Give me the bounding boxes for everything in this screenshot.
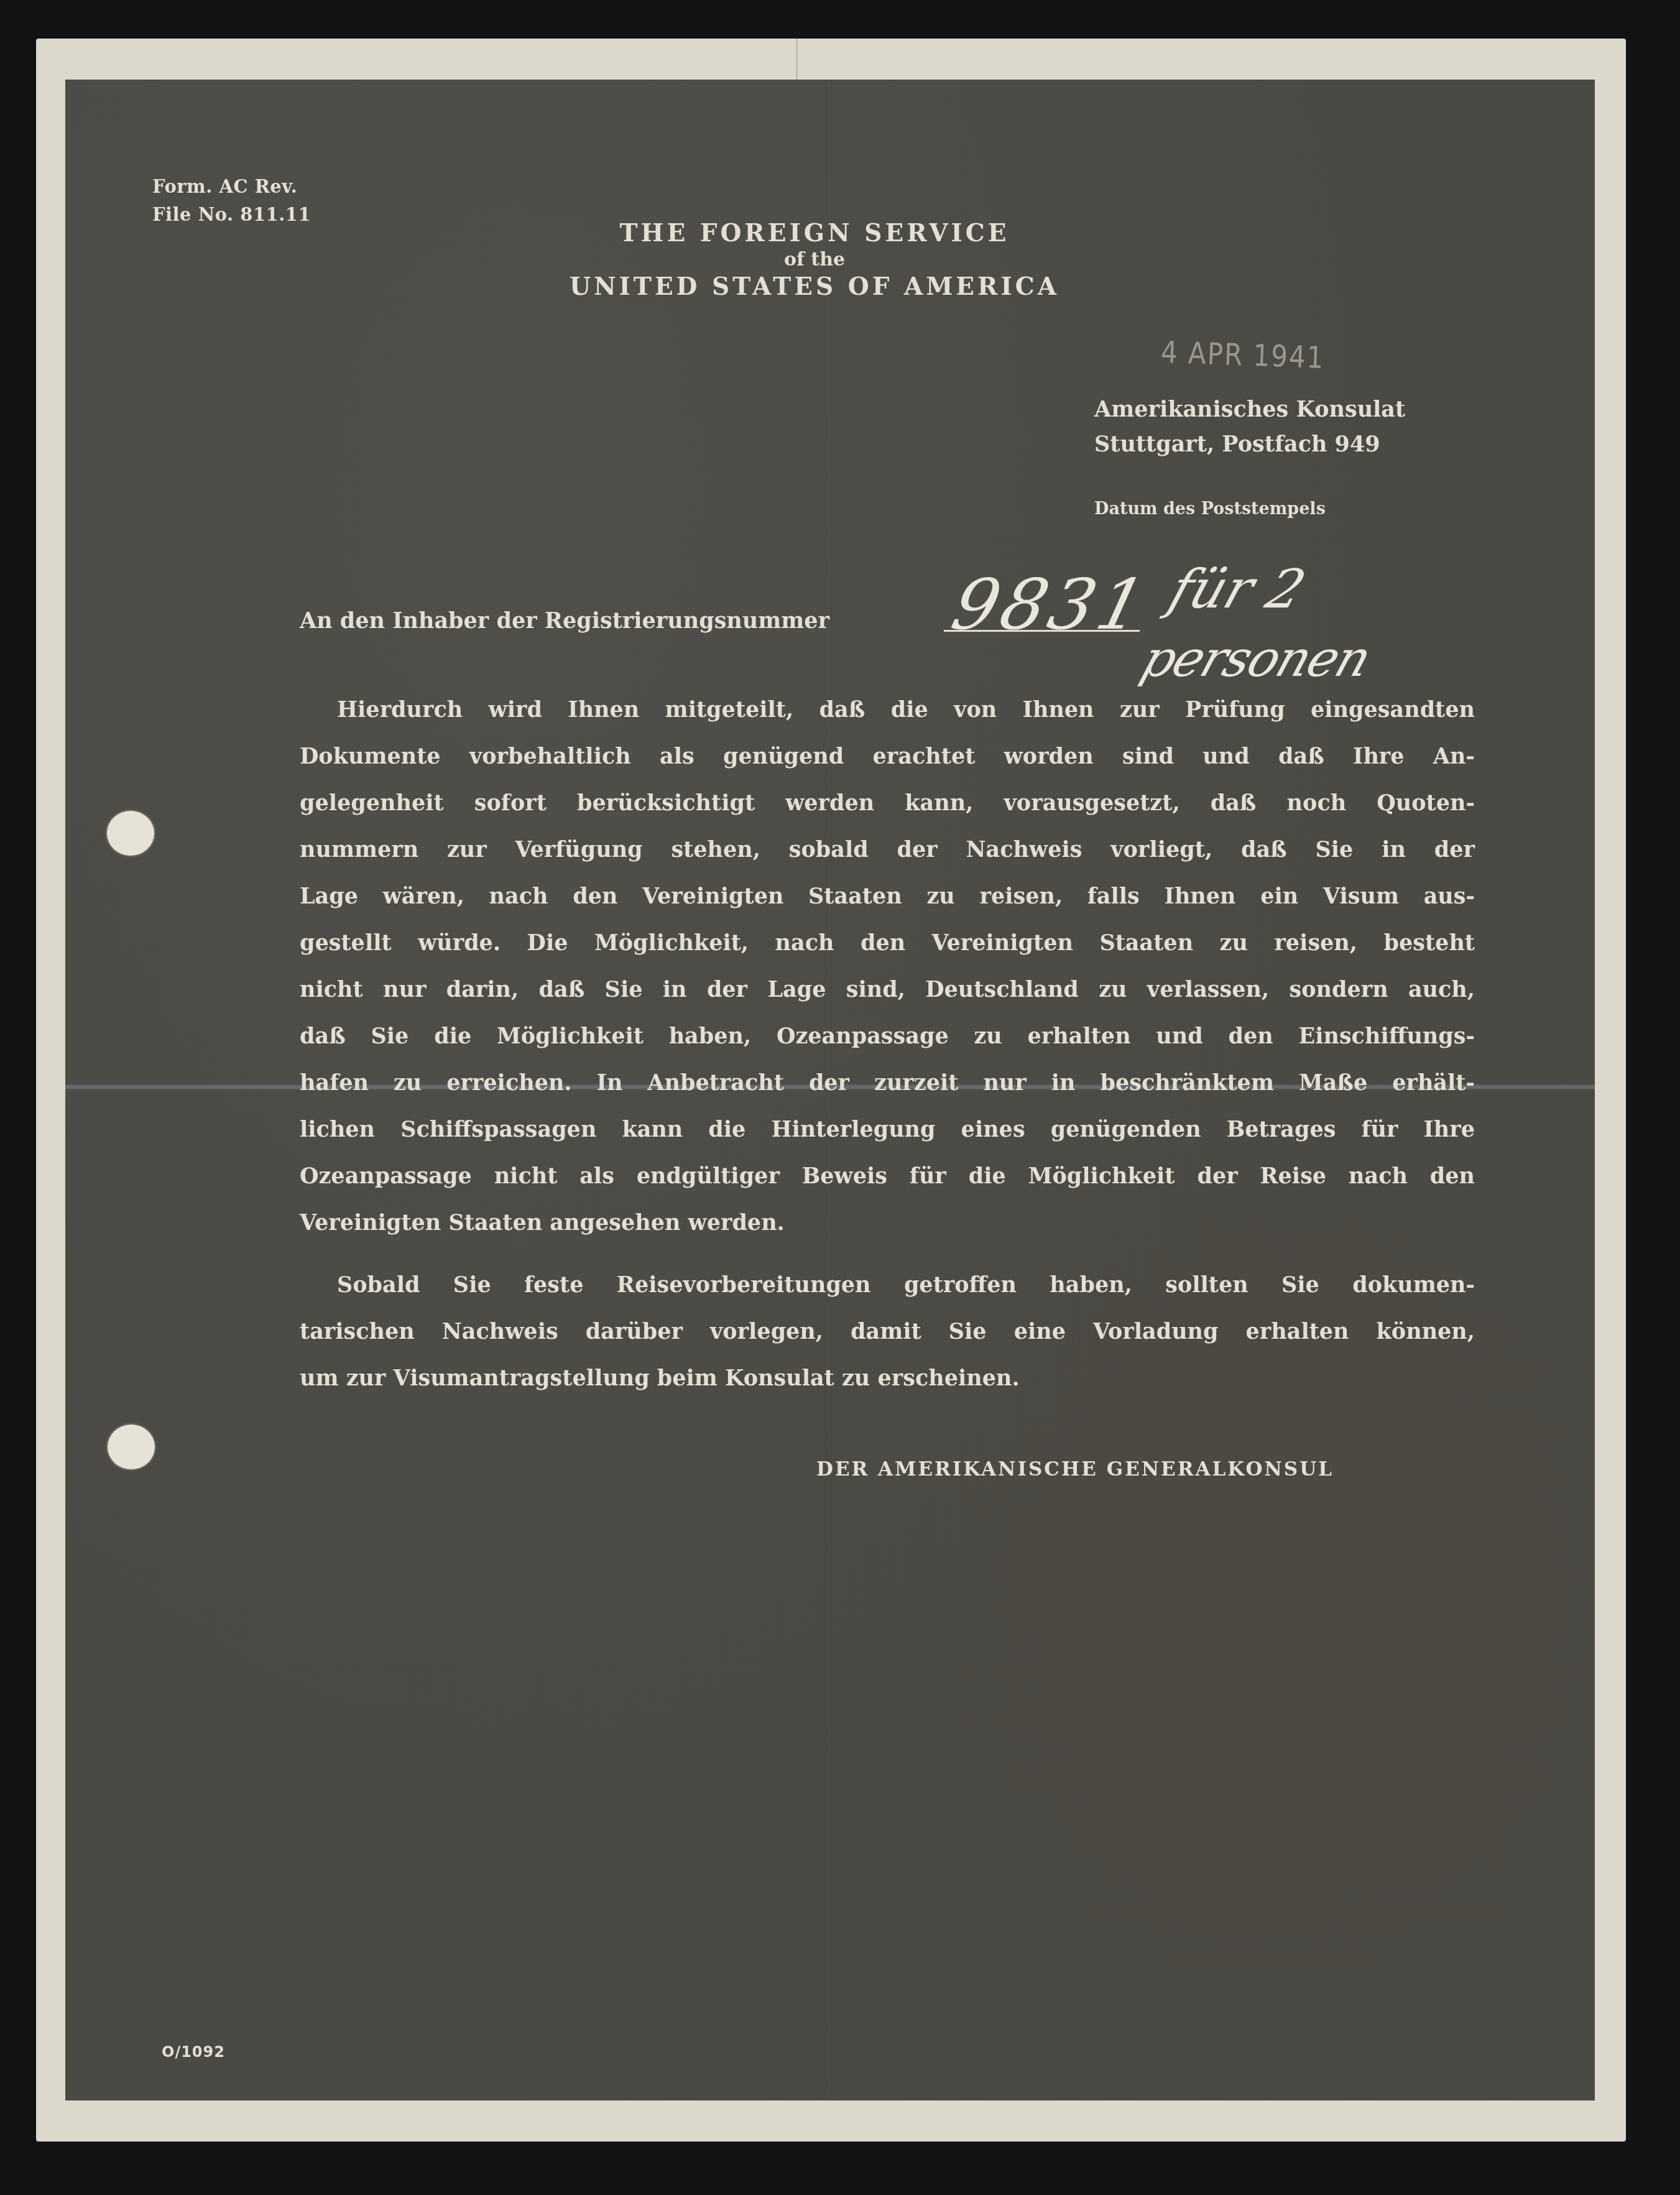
- paragraph-2-line: um zur Visumantragstellung beim Konsulat…: [300, 1365, 1475, 1392]
- paragraph-1-line: nicht nur darin, daß Sie in der Lage sin…: [300, 976, 1475, 1004]
- letterhead-line-1: THE FOREIGN SERVICE: [65, 218, 1564, 249]
- signature-title: DER AMERIKANISCHE GENERALKONSUL: [816, 1458, 1334, 1481]
- paragraph-1-line: gestellt würde. Die Möglichkeit, nach de…: [300, 930, 1475, 957]
- handwritten-registration-number: 9831: [944, 565, 1156, 645]
- handwritten-note-line-2: personen: [1135, 630, 1378, 688]
- paragraph-1-line: nummern zur Verfügung stehen, sobald der…: [300, 836, 1475, 864]
- punch-hole-top: [107, 811, 154, 856]
- sender-line-1: Amerikanisches Konsulat: [1094, 392, 1405, 427]
- paragraph-2-line: Sobald Sie feste Reisevorbereitungen get…: [337, 1272, 1475, 1299]
- paragraph-1-line: daß Sie die Möglichkeit haben, Ozeanpass…: [300, 1023, 1475, 1050]
- paragraph-1-line: gelegenheit sofort berücksichtigt werden…: [300, 790, 1475, 817]
- form-code: O/1092: [162, 2043, 225, 2061]
- paragraph-1-line: hafen zu erreichen. In Anbetracht der zu…: [300, 1070, 1475, 1097]
- form-number: Form. AC Rev.: [152, 173, 311, 201]
- addressee-label: An den Inhaber der Registrierungsnummer: [300, 608, 829, 634]
- letterhead: THE FOREIGN SERVICE of the UNITED STATES…: [65, 218, 1564, 302]
- letter-print-area: Form. AC Rev. File No. 811.11 THE FOREIG…: [65, 80, 1595, 2100]
- paragraph-2-line: tarischen Nachweis darüber vorlegen, dam…: [300, 1318, 1475, 1346]
- paragraph-1-line: Hierdurch wird Ihnen mitgeteilt, daß die…: [337, 696, 1475, 724]
- punch-hole-bottom: [108, 1425, 155, 1469]
- handwritten-note-line-1: für 2: [1162, 558, 1313, 621]
- paragraph-1-line: Ozeanpassage nicht als endgültiger Bewei…: [300, 1163, 1475, 1190]
- letterhead-line-2: of the: [65, 249, 1564, 271]
- date-stamp: 4 APR 1941: [1160, 335, 1325, 376]
- paragraph-1-line: Vereinigten Staaten angesehen werden.: [300, 1209, 1475, 1237]
- paragraph-1-line: Dokumente vorbehaltlich als genügend era…: [300, 743, 1475, 770]
- paragraph-1-line: Lage wären, nach den Vereinigten Staaten…: [300, 883, 1475, 910]
- sender-address: Amerikanisches Konsulat Stuttgart, Postf…: [1094, 392, 1405, 462]
- postmark-date-label: Datum des Poststempels: [1094, 499, 1326, 519]
- paragraph-1-line: lichen Schiffspassagen kann die Hinterle…: [300, 1116, 1475, 1144]
- sender-line-2: Stuttgart, Postfach 949: [1094, 427, 1405, 462]
- fold-crease-top: [796, 39, 798, 80]
- letterhead-line-3: UNITED STATES OF AMERICA: [65, 271, 1564, 302]
